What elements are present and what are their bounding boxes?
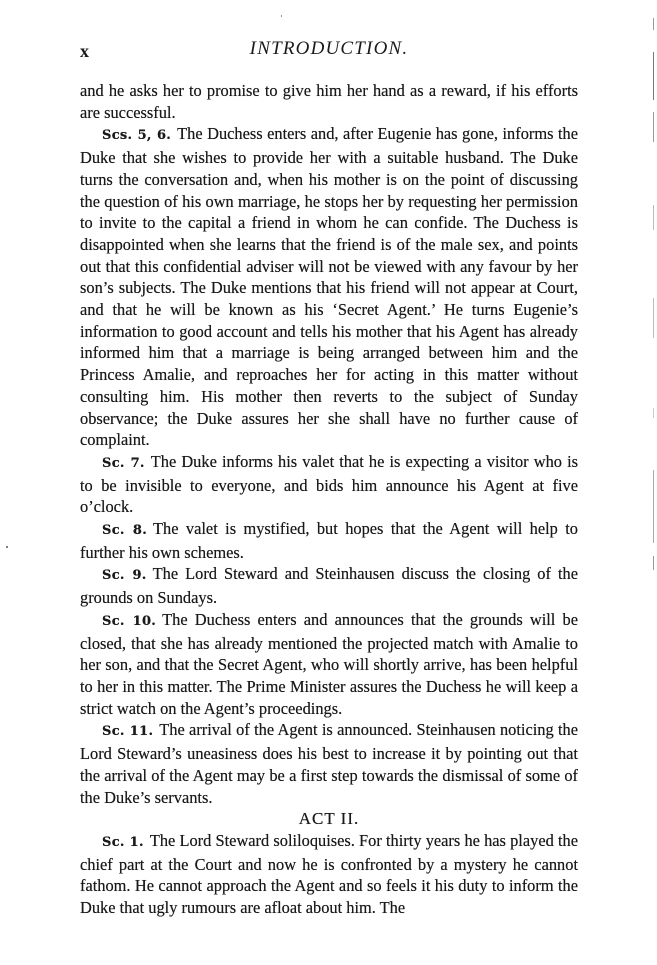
- scan-edge-mark: [653, 205, 654, 230]
- running-head: x INTRODUCTION.: [80, 38, 578, 64]
- scene-label: Sc. 7.: [102, 456, 145, 471]
- scan-edge-mark: [653, 18, 654, 30]
- scene-label: Sc. 8.: [102, 523, 147, 538]
- paragraph-scene-10: Sc. 10.The Duchess enters and announces …: [80, 609, 578, 720]
- scene-label: Sc. 9.: [102, 568, 147, 583]
- scan-edge-mark: [653, 298, 654, 338]
- scan-edge-mark: [653, 408, 654, 418]
- scan-speck: [281, 15, 282, 17]
- scan-edge-mark: [653, 52, 654, 100]
- act-heading: ACT II.: [80, 808, 578, 830]
- paragraph-text: The arrival of the Agent is announced. S…: [80, 720, 578, 806]
- running-head-title: INTRODUCTION.: [80, 38, 578, 60]
- scan-edge-mark: [653, 112, 654, 142]
- scene-label: Sc. 10.: [102, 614, 156, 629]
- paragraph-text: The Lord Steward soliloquises. For thirt…: [80, 831, 578, 917]
- paragraph-scene-11: Sc. 11.The arrival of the Agent is annou…: [80, 719, 578, 808]
- paragraph-scene-8: Sc. 8.The valet is mystified, but hopes …: [80, 518, 578, 563]
- paragraph-scene-9: Sc. 9.The Lord Steward and Steinhausen d…: [80, 563, 578, 608]
- paragraph-act2-scene-1: Sc. 1.The Lord Steward soliloquises. For…: [80, 830, 578, 919]
- paragraph-text: The Lord Steward and Steinhausen discuss…: [80, 564, 578, 607]
- scene-label: Sc. 11.: [102, 724, 153, 739]
- scan-speck: [6, 546, 8, 548]
- body-text: and he asks her to promise to give him h…: [80, 80, 578, 919]
- paragraph-text: and he asks her to promise to give him h…: [80, 81, 578, 122]
- paragraph-scenes-5-6: Scs. 5, 6.The Duchess enters and, after …: [80, 123, 578, 451]
- scan-edge-mark: [653, 485, 654, 543]
- paragraph-scene-7: Sc. 7.The Duke informs his valet that he…: [80, 451, 578, 518]
- scan-edge-mark: [653, 556, 654, 570]
- paragraph-text: The valet is mystified, but hopes that t…: [80, 519, 578, 562]
- paragraph-text: The Duke informs his valet that he is ex…: [80, 452, 578, 516]
- scene-label: Scs. 5, 6.: [102, 128, 171, 143]
- paragraph-text: The Duchess enters and, after Eugenie ha…: [80, 124, 578, 449]
- scene-label: Sc. 1.: [102, 835, 144, 850]
- paragraph-continuation: and he asks her to promise to give him h…: [80, 80, 578, 123]
